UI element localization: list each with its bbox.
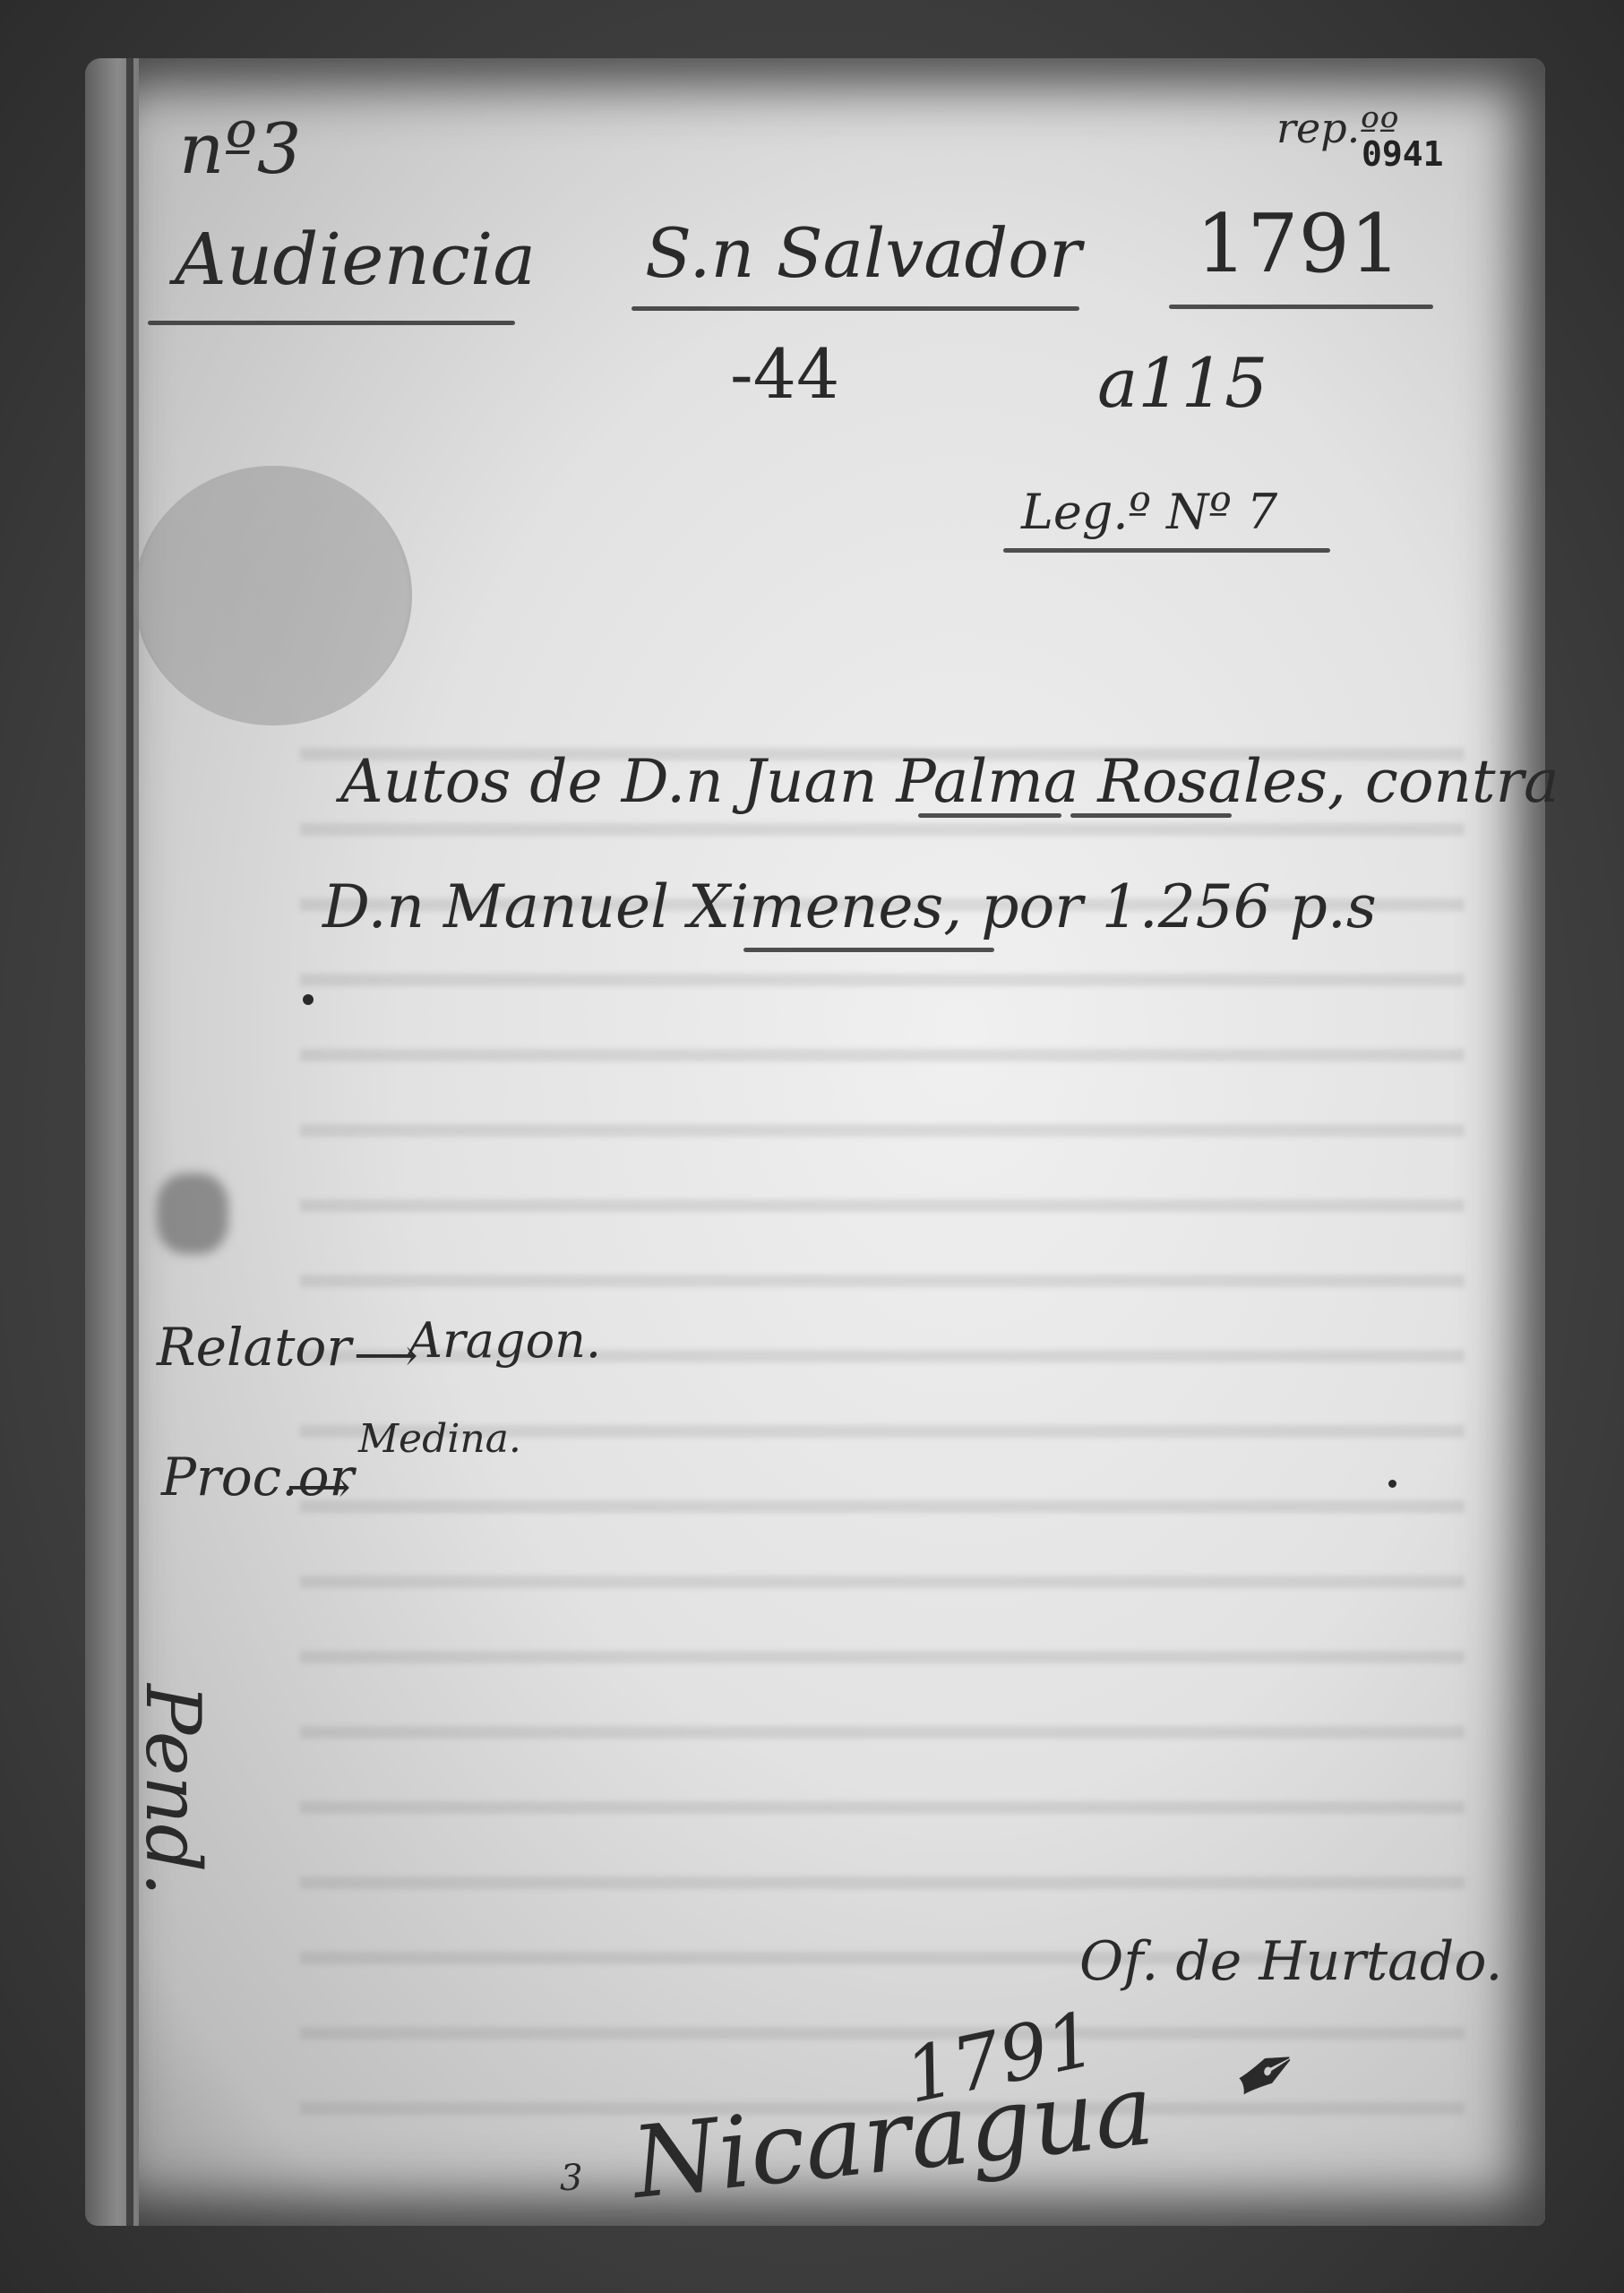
relator-name: Aragon. (408, 1317, 601, 1365)
place-san-salvador: S.n Salvador (645, 219, 1081, 288)
sub-number: -44 (730, 340, 839, 408)
page-mark: 3 (560, 2160, 582, 2196)
archive-stamp-number: 0941 (1362, 134, 1444, 174)
procurador-name: Medina. (358, 1420, 521, 1459)
margin-note: Pend. (135, 1684, 211, 1896)
bundle-reference: Leg.º Nº 7 (1021, 488, 1277, 537)
spine-line (126, 58, 133, 2226)
ink-dot (1388, 1480, 1396, 1488)
procurador-arrow: ⟶ (287, 1464, 351, 1509)
bundle-underline (1003, 548, 1330, 553)
header-year: 1791 (1196, 204, 1401, 285)
rosales-underline (1070, 813, 1232, 818)
title-line-2: D.n Manuel Ximenes, por 1.256 p.s (322, 878, 1377, 937)
office-name: Of. de Hurtado. (1079, 1935, 1502, 1988)
section-audiencia: Audiencia (175, 224, 536, 296)
palma-underline (918, 813, 1061, 818)
folio-code: a115 (1097, 349, 1267, 417)
year-underline (1169, 305, 1433, 309)
document-number: nº3 (179, 115, 302, 185)
relator-label: Relator (157, 1321, 351, 1373)
title-line-1: Autos de D.n Juan Palma Rosales, contra (340, 752, 1559, 812)
ximenes-underline (743, 948, 994, 952)
ink-dot (303, 994, 314, 1005)
section-underline (148, 321, 515, 325)
faded-seal (134, 466, 412, 726)
ink-blot (157, 1173, 228, 1254)
place-underline (632, 306, 1079, 311)
